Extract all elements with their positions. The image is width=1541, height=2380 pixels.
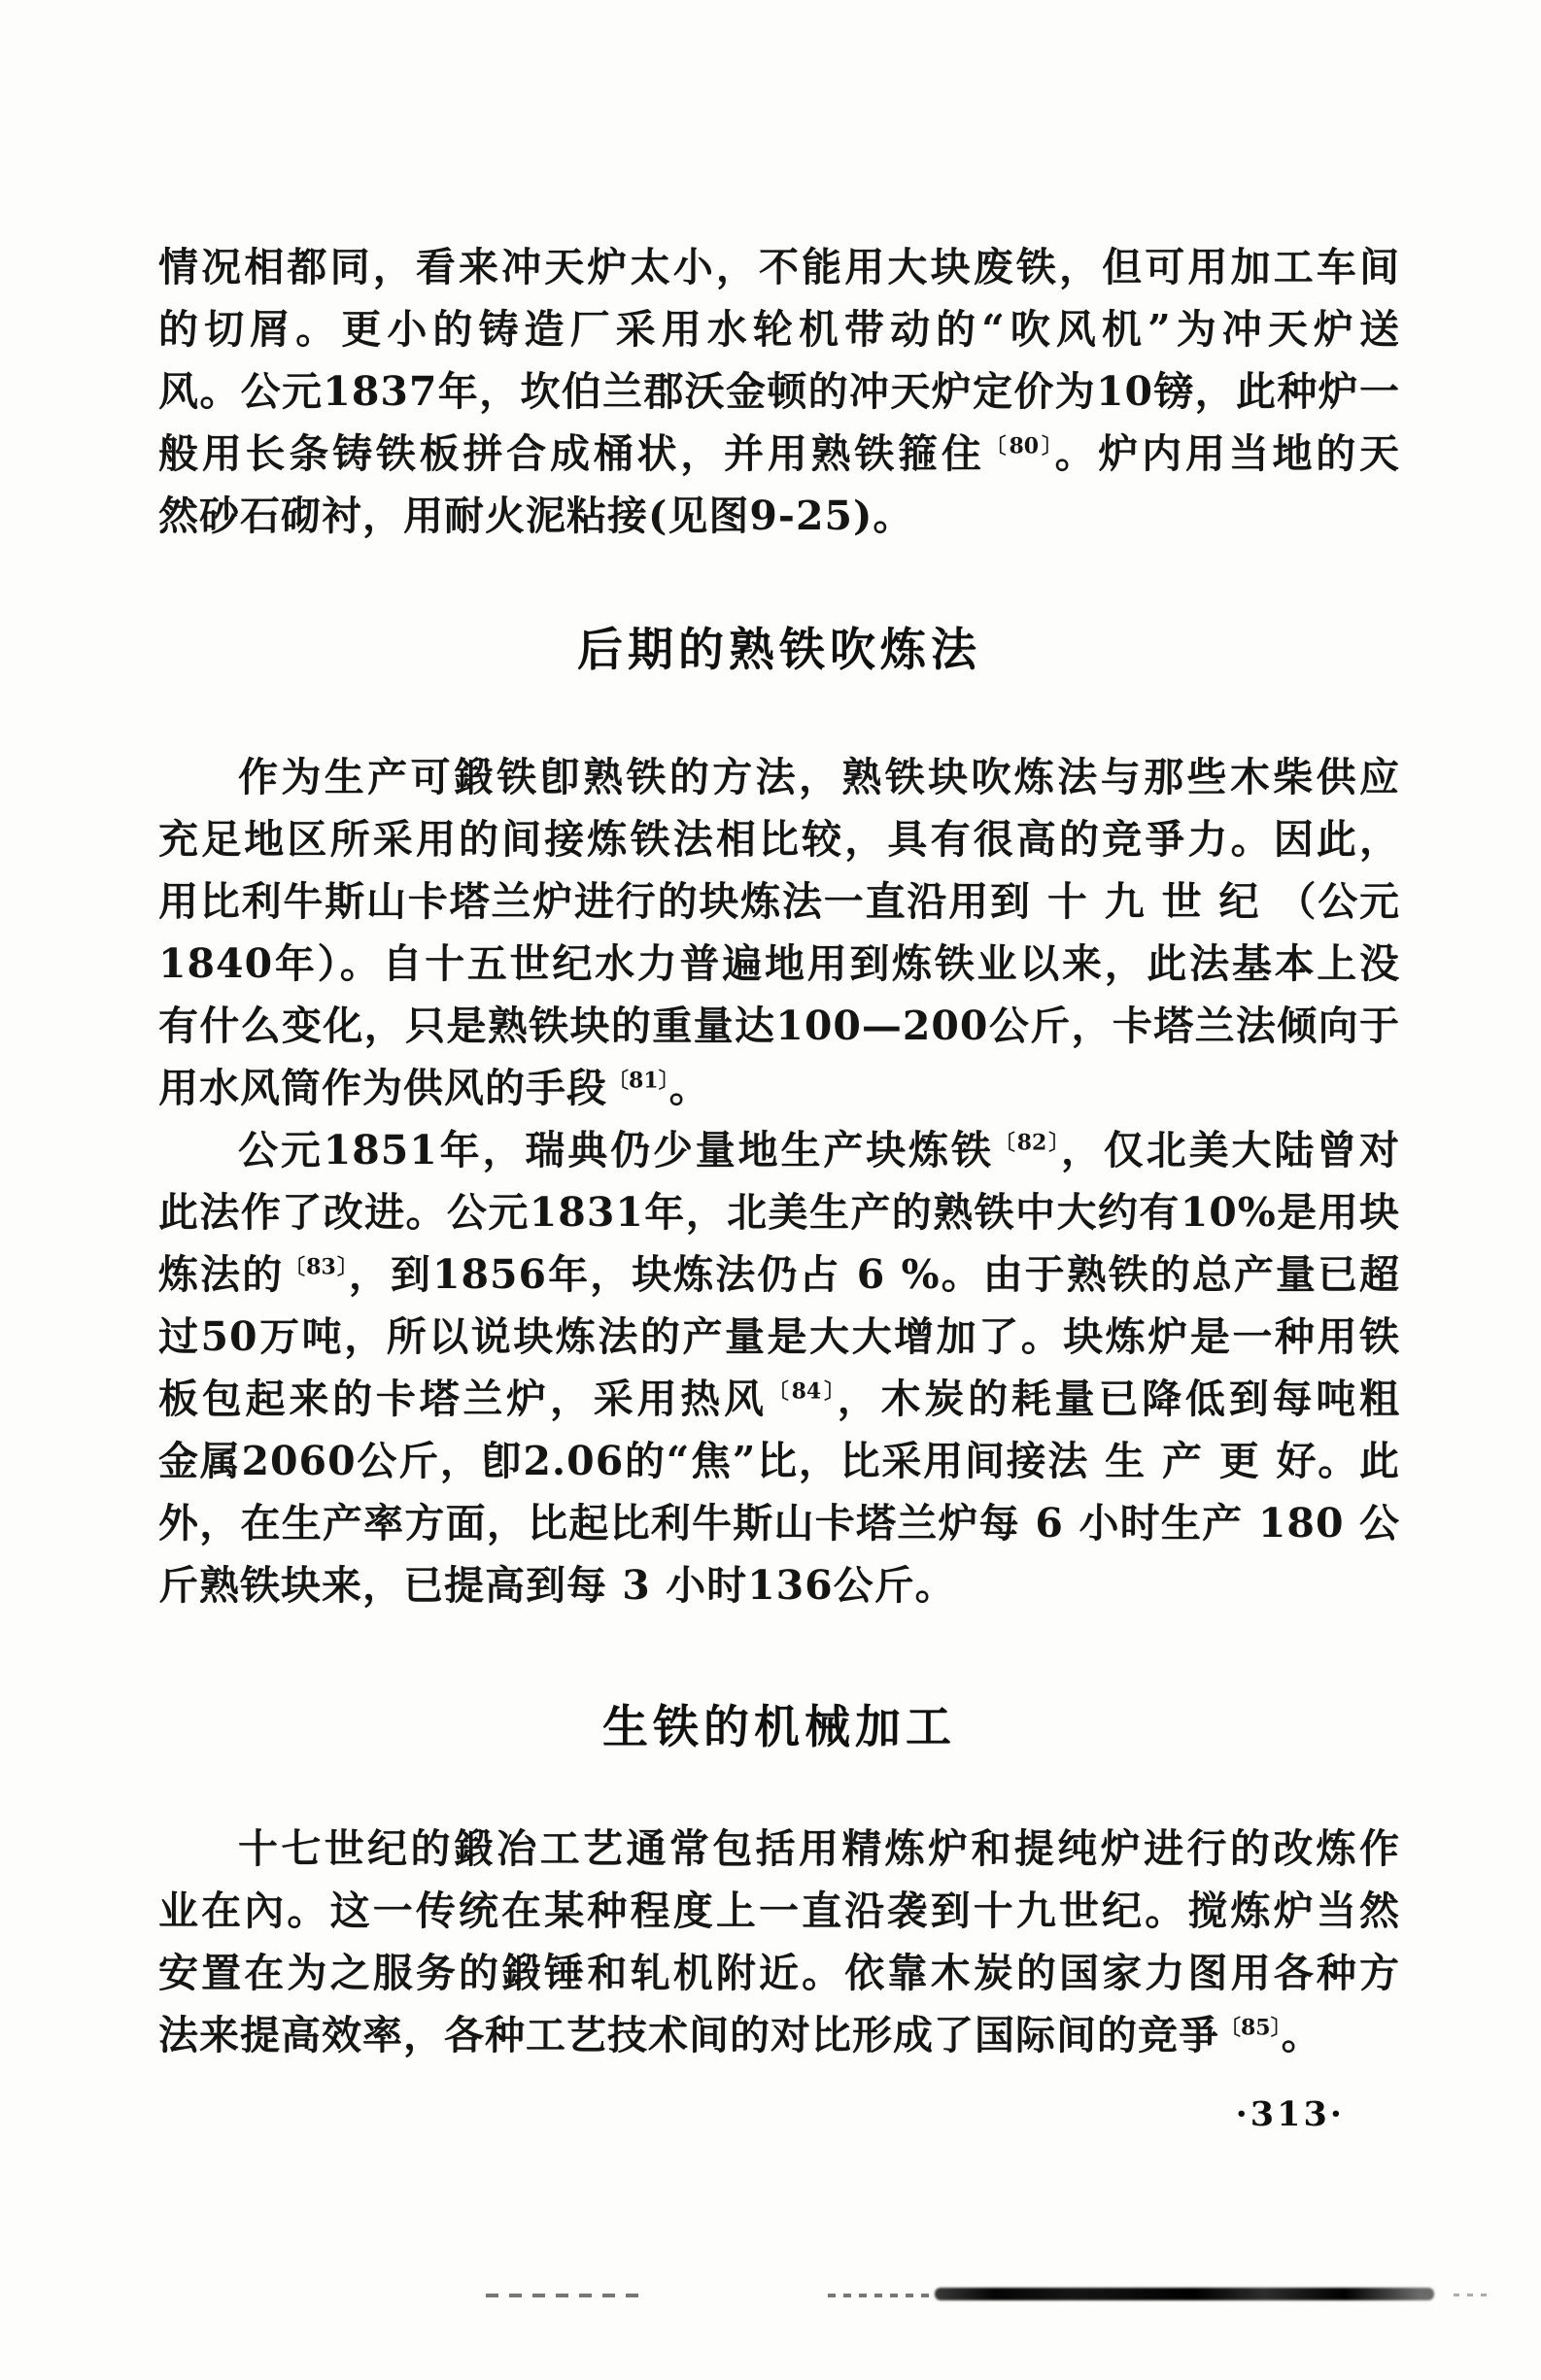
- section1-paragraph1: 作为生产可鍛铁卽熟铁的方法，熟铁块吹炼法与那些木柴供应充足地区所采用的间接炼铁法…: [158, 746, 1400, 1119]
- text-line: 公元1851年，瑞典仍少量地生产块炼铁〔82〕，仅北美大陆曾对: [158, 1119, 1400, 1181]
- text-line: 斤熟铁块来，已提高到每 3 小时136公斤。: [158, 1554, 1400, 1616]
- text-line: 充足地区所采用的间接炼铁法相比较，具有很高的竞爭力。因此，: [158, 808, 1400, 870]
- text-line: 板包起来的卡塔兰炉，采用热风〔84〕，木炭的耗量已降低到每吨粗: [158, 1368, 1400, 1430]
- text-line: 然砂石砌衬，用耐火泥粘接(见图9-25)。: [158, 485, 1400, 547]
- scan-smudge-dashes-mid: [828, 2294, 937, 2297]
- text-line: 作为生产可鍛铁卽熟铁的方法，熟铁块吹炼法与那些木柴供应: [158, 746, 1400, 808]
- text-line: 的切屑。更小的铸造厂采用水轮机带动的“吹风机”为冲天炉送: [158, 298, 1400, 360]
- footnote-reference: 〔81〕: [607, 1068, 669, 1093]
- book-page: 情况相都同，看来冲天炉太小，不能用大块废铁，但可用加工车间的切屑。更小的铸造厂采…: [0, 0, 1541, 2380]
- text-line: 此法作了改进。公元1831年，北美生产的熟铁中大约有10%是用块: [158, 1181, 1400, 1243]
- page-number: ·313·: [1236, 2094, 1345, 2134]
- text-line: 过50万吨，所以说块炼法的产量是大大增加了。块炼炉是一种用铁: [158, 1306, 1400, 1368]
- section-heading-mechanical-working-of-pig-iron: 生铁的机械加工: [158, 1691, 1400, 1756]
- text-line: 金属2060公斤，卽2.06的“焦”比，比采用间接法 生 产 更 好。此: [158, 1430, 1400, 1492]
- scan-smudge-heavy-bar: [935, 2288, 1434, 2300]
- footnote-reference: 〔85〕: [1219, 2015, 1282, 2040]
- text-line: 安置在为之服务的鍛锤和轧机附近。依靠木炭的国家力图用各种方: [158, 1942, 1400, 2004]
- section2-paragraph1: 十七世纪的鍛冶工艺通常包括用精炼炉和提纯炉进行的改炼作业在內。这一传统在某种程度…: [158, 1818, 1400, 2066]
- paragraph-continued-from-previous-page: 情况相都同，看来冲天炉太小，不能用大块废铁，但可用加工车间的切屑。更小的铸造厂采…: [158, 236, 1400, 547]
- text-line: 外，在生产率方面，比起比利牛斯山卡塔兰炉每 6 小时生产 180 公: [158, 1492, 1400, 1554]
- text-line: 1840年）。自十五世纪水力普遍地用到炼铁业以来，此法基本上没: [158, 933, 1400, 995]
- section-heading-later-wrought-iron-bloomery: 后期的熟铁吹炼法: [158, 614, 1400, 679]
- text-line: 用比利牛斯山卡塔兰炉进行的块炼法一直沿用到 十 九 世 纪 （公元: [158, 870, 1400, 933]
- text-line: 情况相都同，看来冲天炉太小，不能用大块废铁，但可用加工车间: [158, 236, 1400, 298]
- text-line: 业在內。这一传统在某种程度上一直沿袭到十九世纪。搅炼炉当然: [158, 1880, 1400, 1942]
- footnote-reference: 〔82〕: [994, 1130, 1061, 1155]
- text-line: 风。公元1837年，坎伯兰郡沃金顿的冲天炉定价为10镑，此种炉一: [158, 360, 1400, 423]
- footnote-reference: 〔80〕: [985, 433, 1055, 459]
- text-line: 用水风筒作为供风的手段〔81〕。: [158, 1057, 1400, 1119]
- text-line: 十七世纪的鍛冶工艺通常包括用精炼炉和提纯炉进行的改炼作: [158, 1818, 1400, 1880]
- text-line: 法来提高效率，各种工艺技术间的对比形成了国际间的竞爭〔85〕。: [158, 2004, 1400, 2066]
- scan-bottom-artifact: [0, 2285, 1541, 2310]
- section1-paragraph2: 公元1851年，瑞典仍少量地生产块炼铁〔82〕，仅北美大陆曾对此法作了改进。公元…: [158, 1119, 1400, 1616]
- text-line: 般用长条铸铁板拼合成桶状，并用熟铁箍住〔80〕。炉内用当地的天: [158, 423, 1400, 485]
- footnote-reference: 〔83〕: [284, 1254, 349, 1279]
- text-line: 有什么变化，只是熟铁块的重量达100—200公斤，卡塔兰法倾向于: [158, 995, 1400, 1057]
- footnote-reference: 〔84〕: [768, 1378, 838, 1404]
- text-line: 炼法的〔83〕，到1856年，块炼法仍占 6 %。由于熟铁的总产量已超: [158, 1243, 1400, 1306]
- scan-smudge-speck: [1454, 2294, 1487, 2296]
- scan-smudge-dashes-left: [486, 2294, 641, 2297]
